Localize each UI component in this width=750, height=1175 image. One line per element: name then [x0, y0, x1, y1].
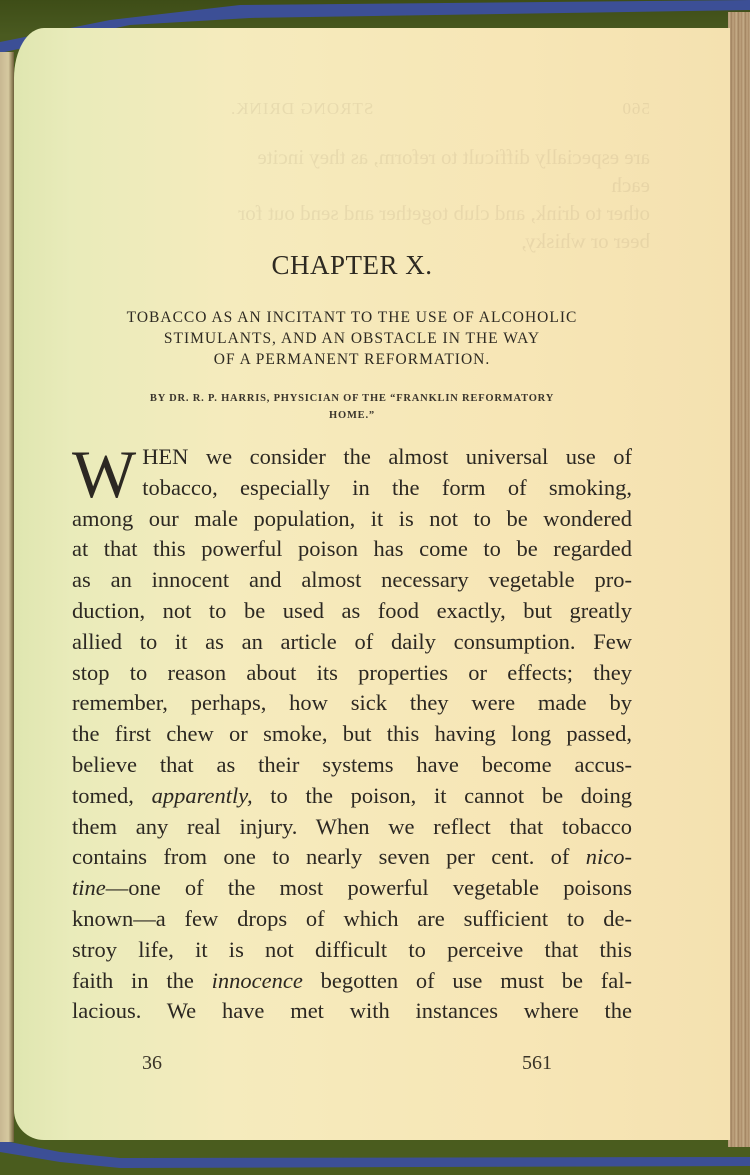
- text-line: among our male population, it is not to …: [72, 504, 632, 535]
- text-line: believe that as their systems have becom…: [72, 750, 632, 781]
- text-run: —one of the most powerful vegetable pois…: [106, 875, 632, 900]
- subtitle-line: Tobacco as an incitant to the use of alc…: [72, 307, 632, 328]
- text-line: lacious. We have met with instances wher…: [72, 996, 632, 1027]
- chapter-subtitle: Tobacco as an incitant to the use of alc…: [72, 307, 632, 370]
- text-line: stop to reason about its properties or e…: [72, 658, 632, 689]
- page-edges-right: [728, 12, 750, 1147]
- subtitle-line: of a permanent reformation.: [72, 349, 632, 370]
- text-run: tomed,: [72, 783, 152, 808]
- page-content: CHAPTER X. Tobacco as an incitant to the…: [72, 250, 632, 1027]
- text-line: known—a few drops of which are sufficien…: [72, 904, 632, 935]
- chapter-heading: CHAPTER X.: [72, 250, 632, 281]
- body-text: W HEN we consider the almost universal u…: [72, 442, 632, 1027]
- text-run: to the poison, it cannot be doing: [253, 783, 632, 808]
- italic-run: innocence: [212, 968, 303, 993]
- text-run: begotten of use must be fal-: [303, 968, 632, 993]
- text-line: remember, perhaps, how sick they were ma…: [72, 688, 632, 719]
- text-line: allied to it as an article of daily cons…: [72, 627, 632, 658]
- text-line: tomed, apparently, to the poison, it can…: [72, 781, 632, 812]
- text-run: faith in the: [72, 968, 212, 993]
- author-byline: By Dr. R. P. Harris, Physician of the “F…: [72, 390, 632, 424]
- gutter-left-leaf: [0, 52, 14, 1142]
- italic-run: tine: [72, 875, 106, 900]
- text-line: duction, not to be used as food exactly,…: [72, 596, 632, 627]
- text-line: as an innocent and almost necessary vege…: [72, 565, 632, 596]
- text-line: stroy life, it is not difficult to perce…: [72, 935, 632, 966]
- text-line: tobacco, especially in the form of smoki…: [72, 473, 632, 504]
- subtitle-line: stimulants, and an obstacle in the way: [72, 328, 632, 349]
- drop-cap: W: [72, 446, 136, 502]
- text-line: contains from one to nearly seven per ce…: [72, 842, 632, 873]
- italic-run: apparently,: [152, 783, 253, 808]
- text-line: the first chew or smoke, but this having…: [72, 719, 632, 750]
- text-line: faith in the innocence begotten of use m…: [72, 966, 632, 997]
- italic-run: nico-: [586, 844, 632, 869]
- byline-line: By Dr. R. P. Harris, Physician of the “F…: [72, 390, 632, 407]
- page-number: 561: [522, 1052, 552, 1075]
- signature-mark: 36: [142, 1052, 162, 1075]
- text-line: HEN we consider the almost universal use…: [72, 442, 632, 473]
- text-line: tine—one of the most powerful vegetable …: [72, 873, 632, 904]
- text-line: them any real injury. When we reflect th…: [72, 812, 632, 843]
- byline-line: Home.”: [72, 407, 632, 424]
- text-run: contains from one to nearly seven per ce…: [72, 844, 586, 869]
- text-line: at that this powerful poison has come to…: [72, 534, 632, 565]
